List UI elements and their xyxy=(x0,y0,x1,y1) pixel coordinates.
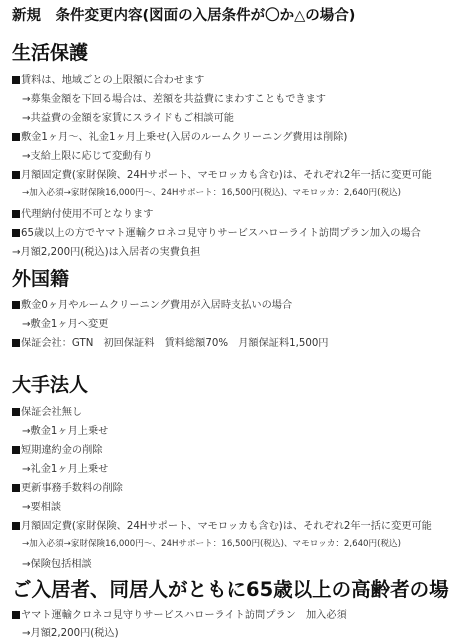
page-title: 新規 条件変更内容(図面の入居条件が〇か△の場合) xyxy=(12,4,355,25)
list-item: ヤマト運輸クロネコ見守りサービスハローライト訪問プラン 加入必須 xyxy=(12,606,347,621)
section-heading-welfare: 生活保護 xyxy=(12,38,88,65)
list-subitem: →月額2,200円(税込) xyxy=(12,624,119,639)
list-subitem: →支給上限に応じて変動有り xyxy=(12,147,153,162)
list-item: 65歳以上の方でヤマト運輸クロネコ見守りサービスハローライト訪問プラン加入の場合 xyxy=(12,224,421,239)
square-bullet-icon xyxy=(12,408,20,416)
square-bullet-icon xyxy=(12,611,20,619)
section-heading-elderly: ご入居者、同居人がともに65歳以上の高齢者の場合 xyxy=(12,574,449,602)
square-bullet-icon xyxy=(12,522,20,530)
square-bullet-icon xyxy=(12,133,20,141)
square-bullet-icon xyxy=(12,171,20,179)
list-item: 短期違約金の削除 xyxy=(12,441,103,456)
document-page: 新規 条件変更内容(図面の入居条件が〇か△の場合) 生活保護 賃料は、地域ごとの… xyxy=(0,0,449,640)
square-bullet-icon xyxy=(12,229,20,237)
list-subitem: →礼金1ヶ月上乗せ xyxy=(12,460,108,475)
square-bullet-icon xyxy=(12,446,20,454)
list-item: 月額固定費(家財保険、24Hサポート、マモロッカも含む)は、それぞれ2年一括に変… xyxy=(12,166,432,181)
list-subitem: →敷金1ヶ月上乗せ xyxy=(12,422,108,437)
square-bullet-icon xyxy=(12,339,20,347)
section-heading-foreign: 外国籍 xyxy=(12,264,69,291)
list-subitem: →敷金1ヶ月へ変更 xyxy=(12,315,108,330)
list-subitem: →共益費の金額を家賃にスライドもご相談可能 xyxy=(12,109,234,124)
list-item: 代理納付使用不可となります xyxy=(12,205,153,220)
square-bullet-icon xyxy=(12,484,20,492)
list-subitem: →要相談 xyxy=(12,498,61,513)
square-bullet-icon xyxy=(12,301,20,309)
list-subitem: →加入必須→家財保険16,000円～、24Hサポート：16,500円(税込)、マ… xyxy=(12,537,401,549)
list-item: 月額固定費(家財保険、24Hサポート、マモロッカも含む)は、それぞれ2年一括に変… xyxy=(12,517,432,532)
list-item: 保証会社無し xyxy=(12,403,82,418)
square-bullet-icon xyxy=(12,76,20,84)
list-item: 敷金0ヶ月やルームクリーニング費用が入居時支払いの場合 xyxy=(12,296,292,311)
list-item: 保証会社：GTN 初回保証料 賃料総額70% 月額保証料1,500円 xyxy=(12,334,329,349)
list-subitem: →募集金額を下回る場合は、差額を共益費にまわすこともできます xyxy=(12,90,326,105)
square-bullet-icon xyxy=(12,210,20,218)
list-note: →月額2,200円(税込)は入居者の実費負担 xyxy=(12,243,200,258)
list-item: 更新事務手数料の削除 xyxy=(12,479,123,494)
list-item: 敷金1ヶ月～、礼金1ヶ月上乗せ(入居のルームクリーニング費用は削除) xyxy=(12,128,347,143)
list-subitem: →保険包括相談 xyxy=(12,555,92,570)
section-heading-corporate: 大手法人 xyxy=(12,370,88,397)
list-item: 賃料は、地域ごとの上限額に合わせます xyxy=(12,71,204,86)
list-subitem: →加入必須→家財保険16,000円～、24Hサポート：16,500円(税込)、マ… xyxy=(12,186,401,198)
